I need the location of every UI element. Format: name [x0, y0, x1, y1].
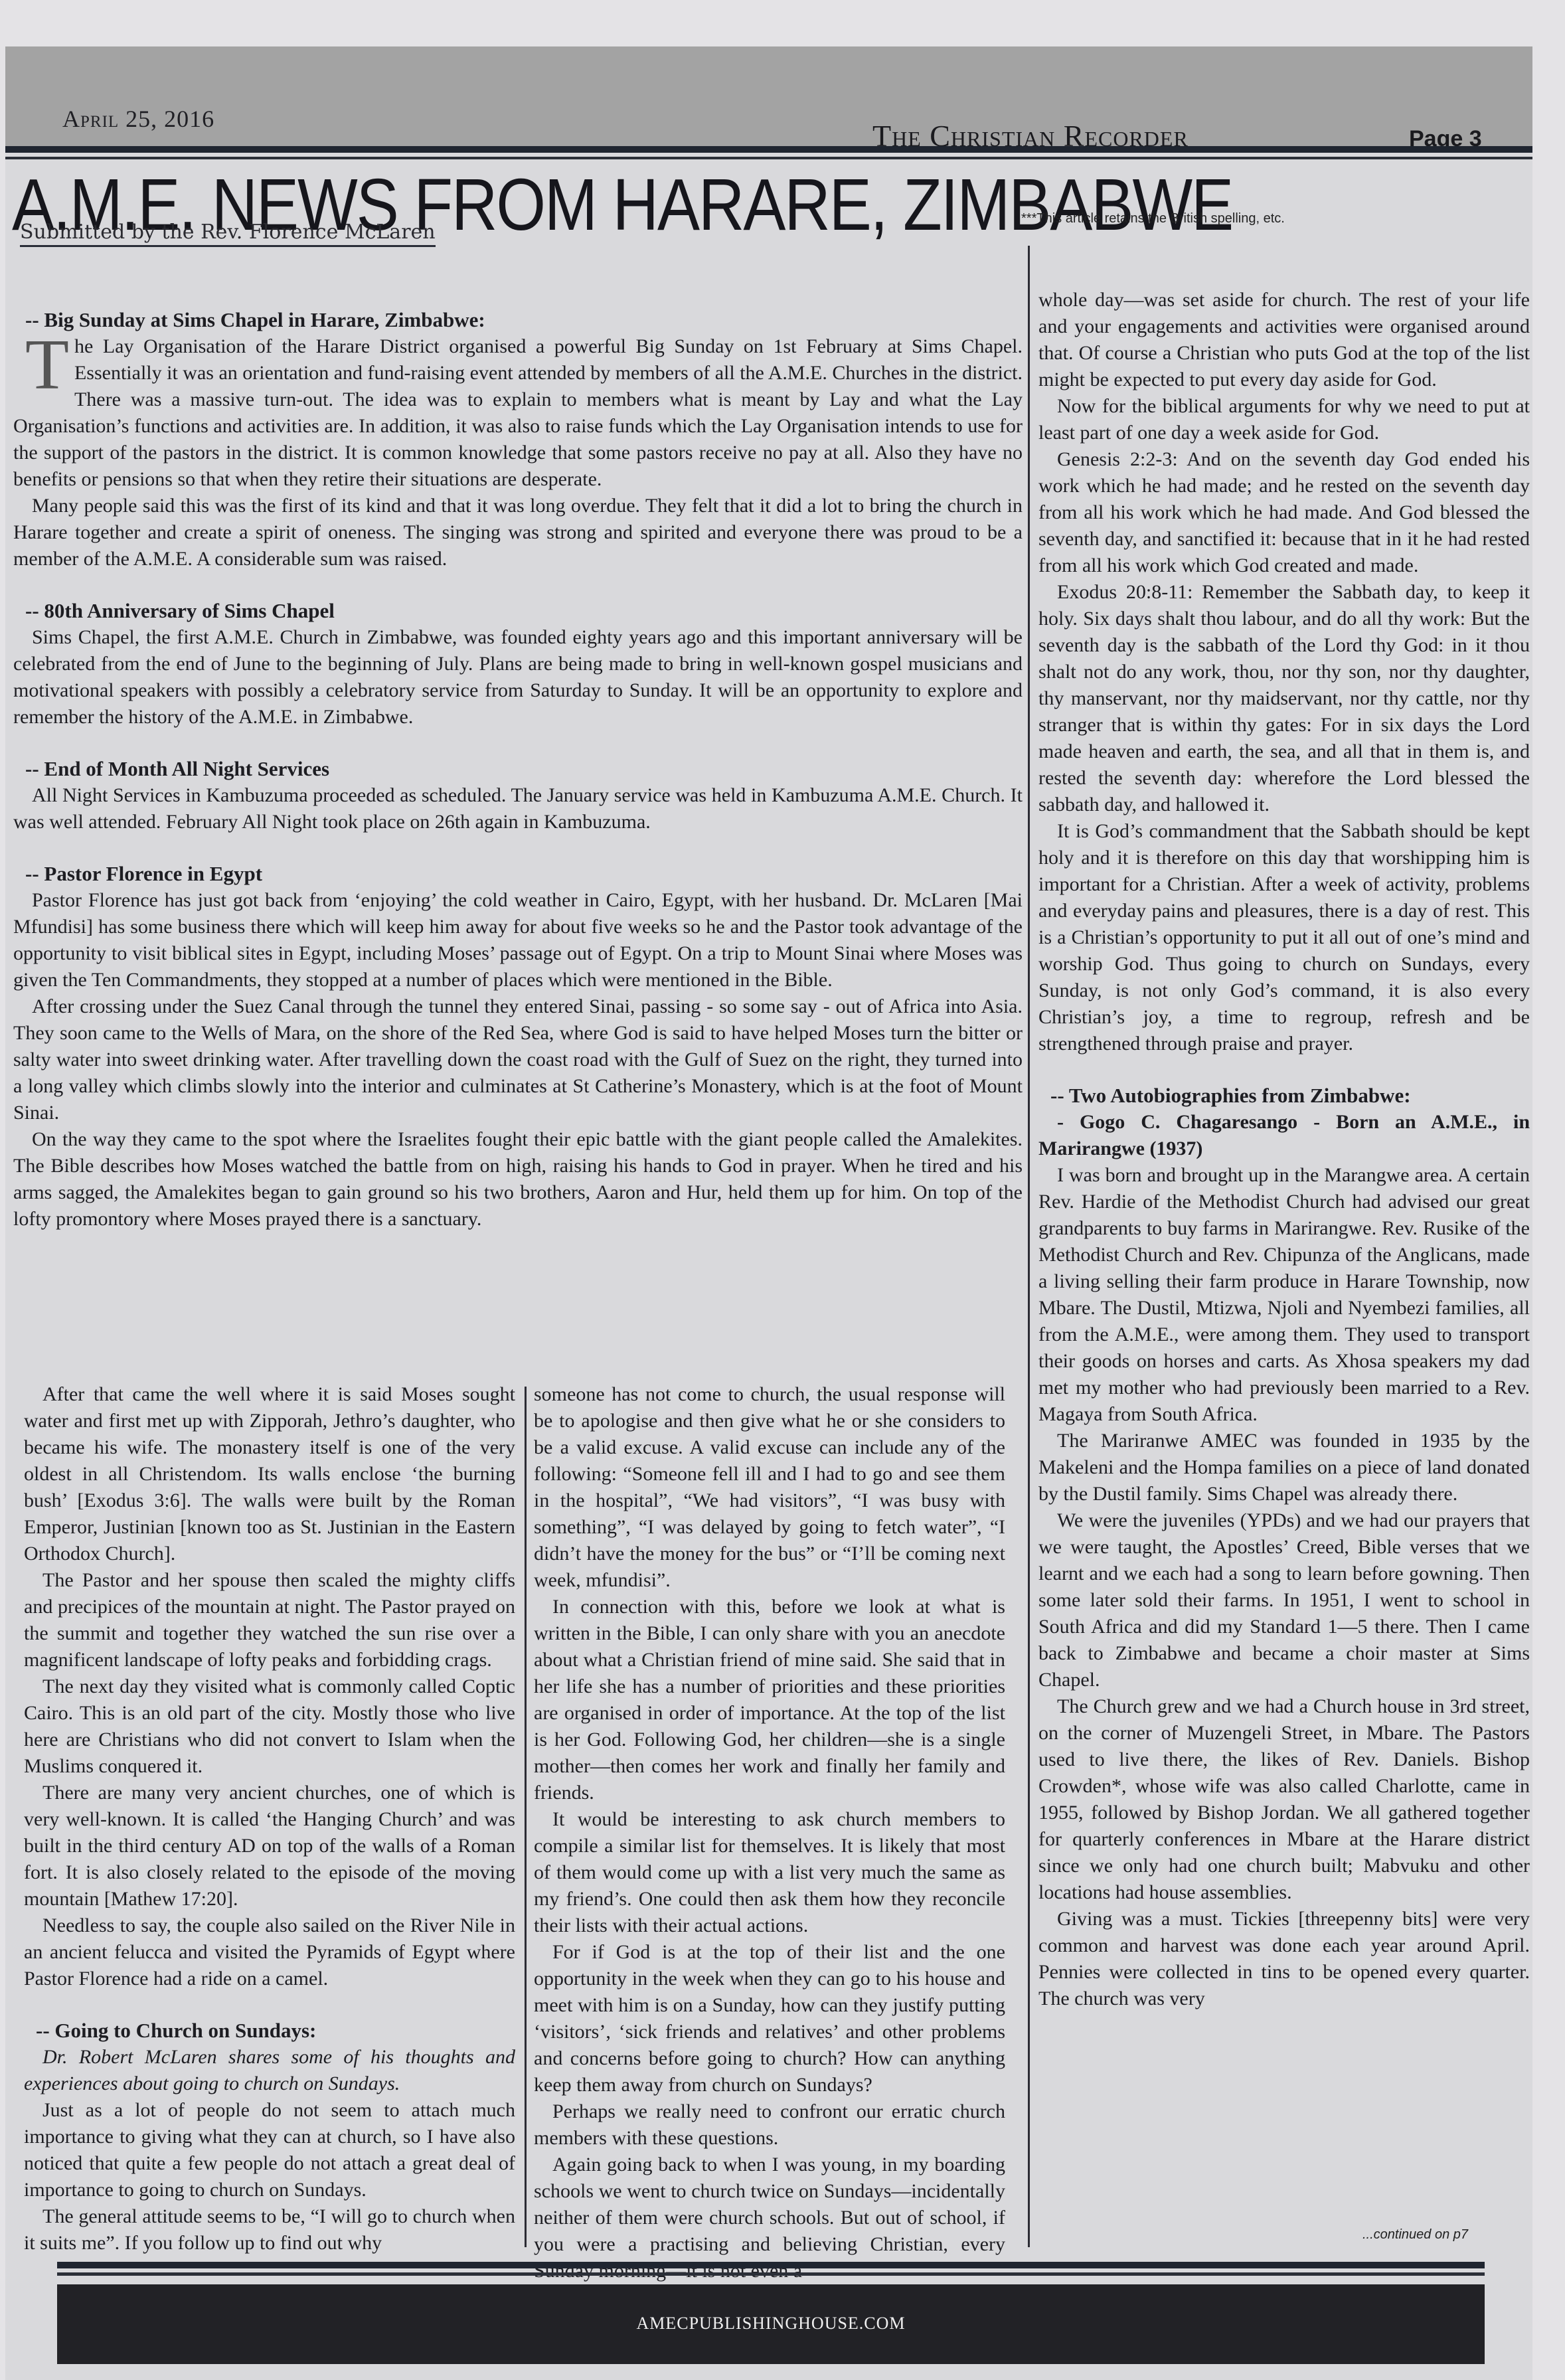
paragraph: For if God is at the top of their list a… [534, 1939, 1005, 2098]
intro-paragraph: Dr. Robert McLaren shares some of his th… [24, 2044, 515, 2097]
section-heading-anniversary: -- 80th Anniversary of Sims Chapel [25, 598, 1023, 624]
footer-rule-thin [57, 2272, 1485, 2276]
paragraph: It is God’s commandment that the Sabbath… [1038, 818, 1530, 1057]
footer-band: AMECPUBLISHINGHOUSE.COM [57, 2284, 1485, 2364]
paragraph: Genesis 2:2-3: And on the seventh day Go… [1038, 446, 1530, 579]
paragraph: Needless to say, the couple also sailed … [24, 1912, 515, 1992]
article-byline: Submitted by the Rev. Florence McLaren [20, 220, 436, 247]
paragraph: someone has not come to church, the usua… [534, 1381, 1005, 1594]
paragraph: It would be interesting to ask church me… [534, 1806, 1005, 1939]
paragraph: Just as a lot of people do not seem to a… [24, 2097, 515, 2203]
masthead-rule [5, 146, 1532, 153]
section-heading-all-night: -- End of Month All Night Services [25, 756, 1023, 782]
wide-column: -- Big Sunday at Sims Chapel in Harare, … [13, 307, 1023, 1232]
paragraph: We were the juveniles (YPDs) and we had … [1038, 1507, 1530, 1693]
paragraph: The Lay Organisation of the Harare Distr… [13, 333, 1023, 493]
paragraph: After that came the well where it is sai… [24, 1381, 515, 1567]
paragraph: In connection with this, before we look … [534, 1594, 1005, 1806]
paragraph: Pastor Florence has just got back from ‘… [13, 887, 1023, 993]
sub-heading: - Gogo C. Chagaresango - Born an A.M.E.,… [1038, 1109, 1530, 1162]
continued-link: ...continued on p7 [1362, 2227, 1468, 2243]
paragraph: I was born and brought up in the Marangw… [1038, 1162, 1530, 1428]
paragraph: Now for the biblical arguments for why w… [1038, 393, 1530, 446]
section-heading-egypt: -- Pastor Florence in Egypt [25, 861, 1023, 887]
paragraph: whole day—was set aside for church. The … [1038, 287, 1530, 393]
paragraph: Exodus 20:8-11: Remember the Sabbath day… [1038, 579, 1530, 818]
paragraph: There are many very ancient churches, on… [24, 1780, 515, 1912]
paragraph: After crossing under the Suez Canal thro… [13, 993, 1023, 1126]
right-column: whole day—was set aside for church. The … [1038, 287, 1530, 2012]
footer-url: AMECPUBLISHINGHOUSE.COM [57, 2314, 1485, 2334]
masthead-band: April 25, 2016 The Christian Recorder Pa… [5, 46, 1532, 153]
drop-cap: T [25, 337, 69, 393]
middle-column: someone has not come to church, the usua… [534, 1381, 1005, 2284]
masthead-rule-thin [5, 157, 1532, 159]
issue-date: April 25, 2016 [62, 105, 214, 133]
paragraph: Giving was a must. Tickies [threepenny b… [1038, 1906, 1530, 2012]
paragraph: The Church grew and we had a Church hous… [1038, 1693, 1530, 1906]
column-divider [525, 1387, 527, 2247]
footer-rule [57, 2262, 1485, 2268]
paragraph: All Night Services in Kambuzuma proceede… [13, 782, 1023, 835]
paragraph: The general attitude seems to be, “I wil… [24, 2203, 515, 2256]
paragraph: Perhaps we really need to confront our e… [534, 2098, 1005, 2152]
spelling-note: ***This article retains the British spel… [1021, 211, 1285, 226]
paragraph: The Mariranwe AMEC was founded in 1935 b… [1038, 1428, 1530, 1507]
paragraph: The next day they visited what is common… [24, 1673, 515, 1780]
paragraph: On the way they came to the spot where t… [13, 1126, 1023, 1232]
paragraph: The Pastor and her spouse then scaled th… [24, 1567, 515, 1673]
section-heading-church-sundays: -- Going to Church on Sundays: [36, 2017, 515, 2044]
section-heading-autobiographies: -- Two Autobiographies from Zimbabwe: [1050, 1082, 1530, 1109]
newspaper-page: April 25, 2016 The Christian Recorder Pa… [5, 46, 1532, 2380]
left-column: After that came the well where it is sai… [24, 1381, 515, 2256]
paragraph: Sims Chapel, the first A.M.E. Church in … [13, 624, 1023, 730]
column-divider [1028, 246, 1030, 2247]
section-heading-big-sunday: -- Big Sunday at Sims Chapel in Harare, … [25, 307, 1023, 333]
paragraph: Many people said this was the first of i… [13, 493, 1023, 572]
